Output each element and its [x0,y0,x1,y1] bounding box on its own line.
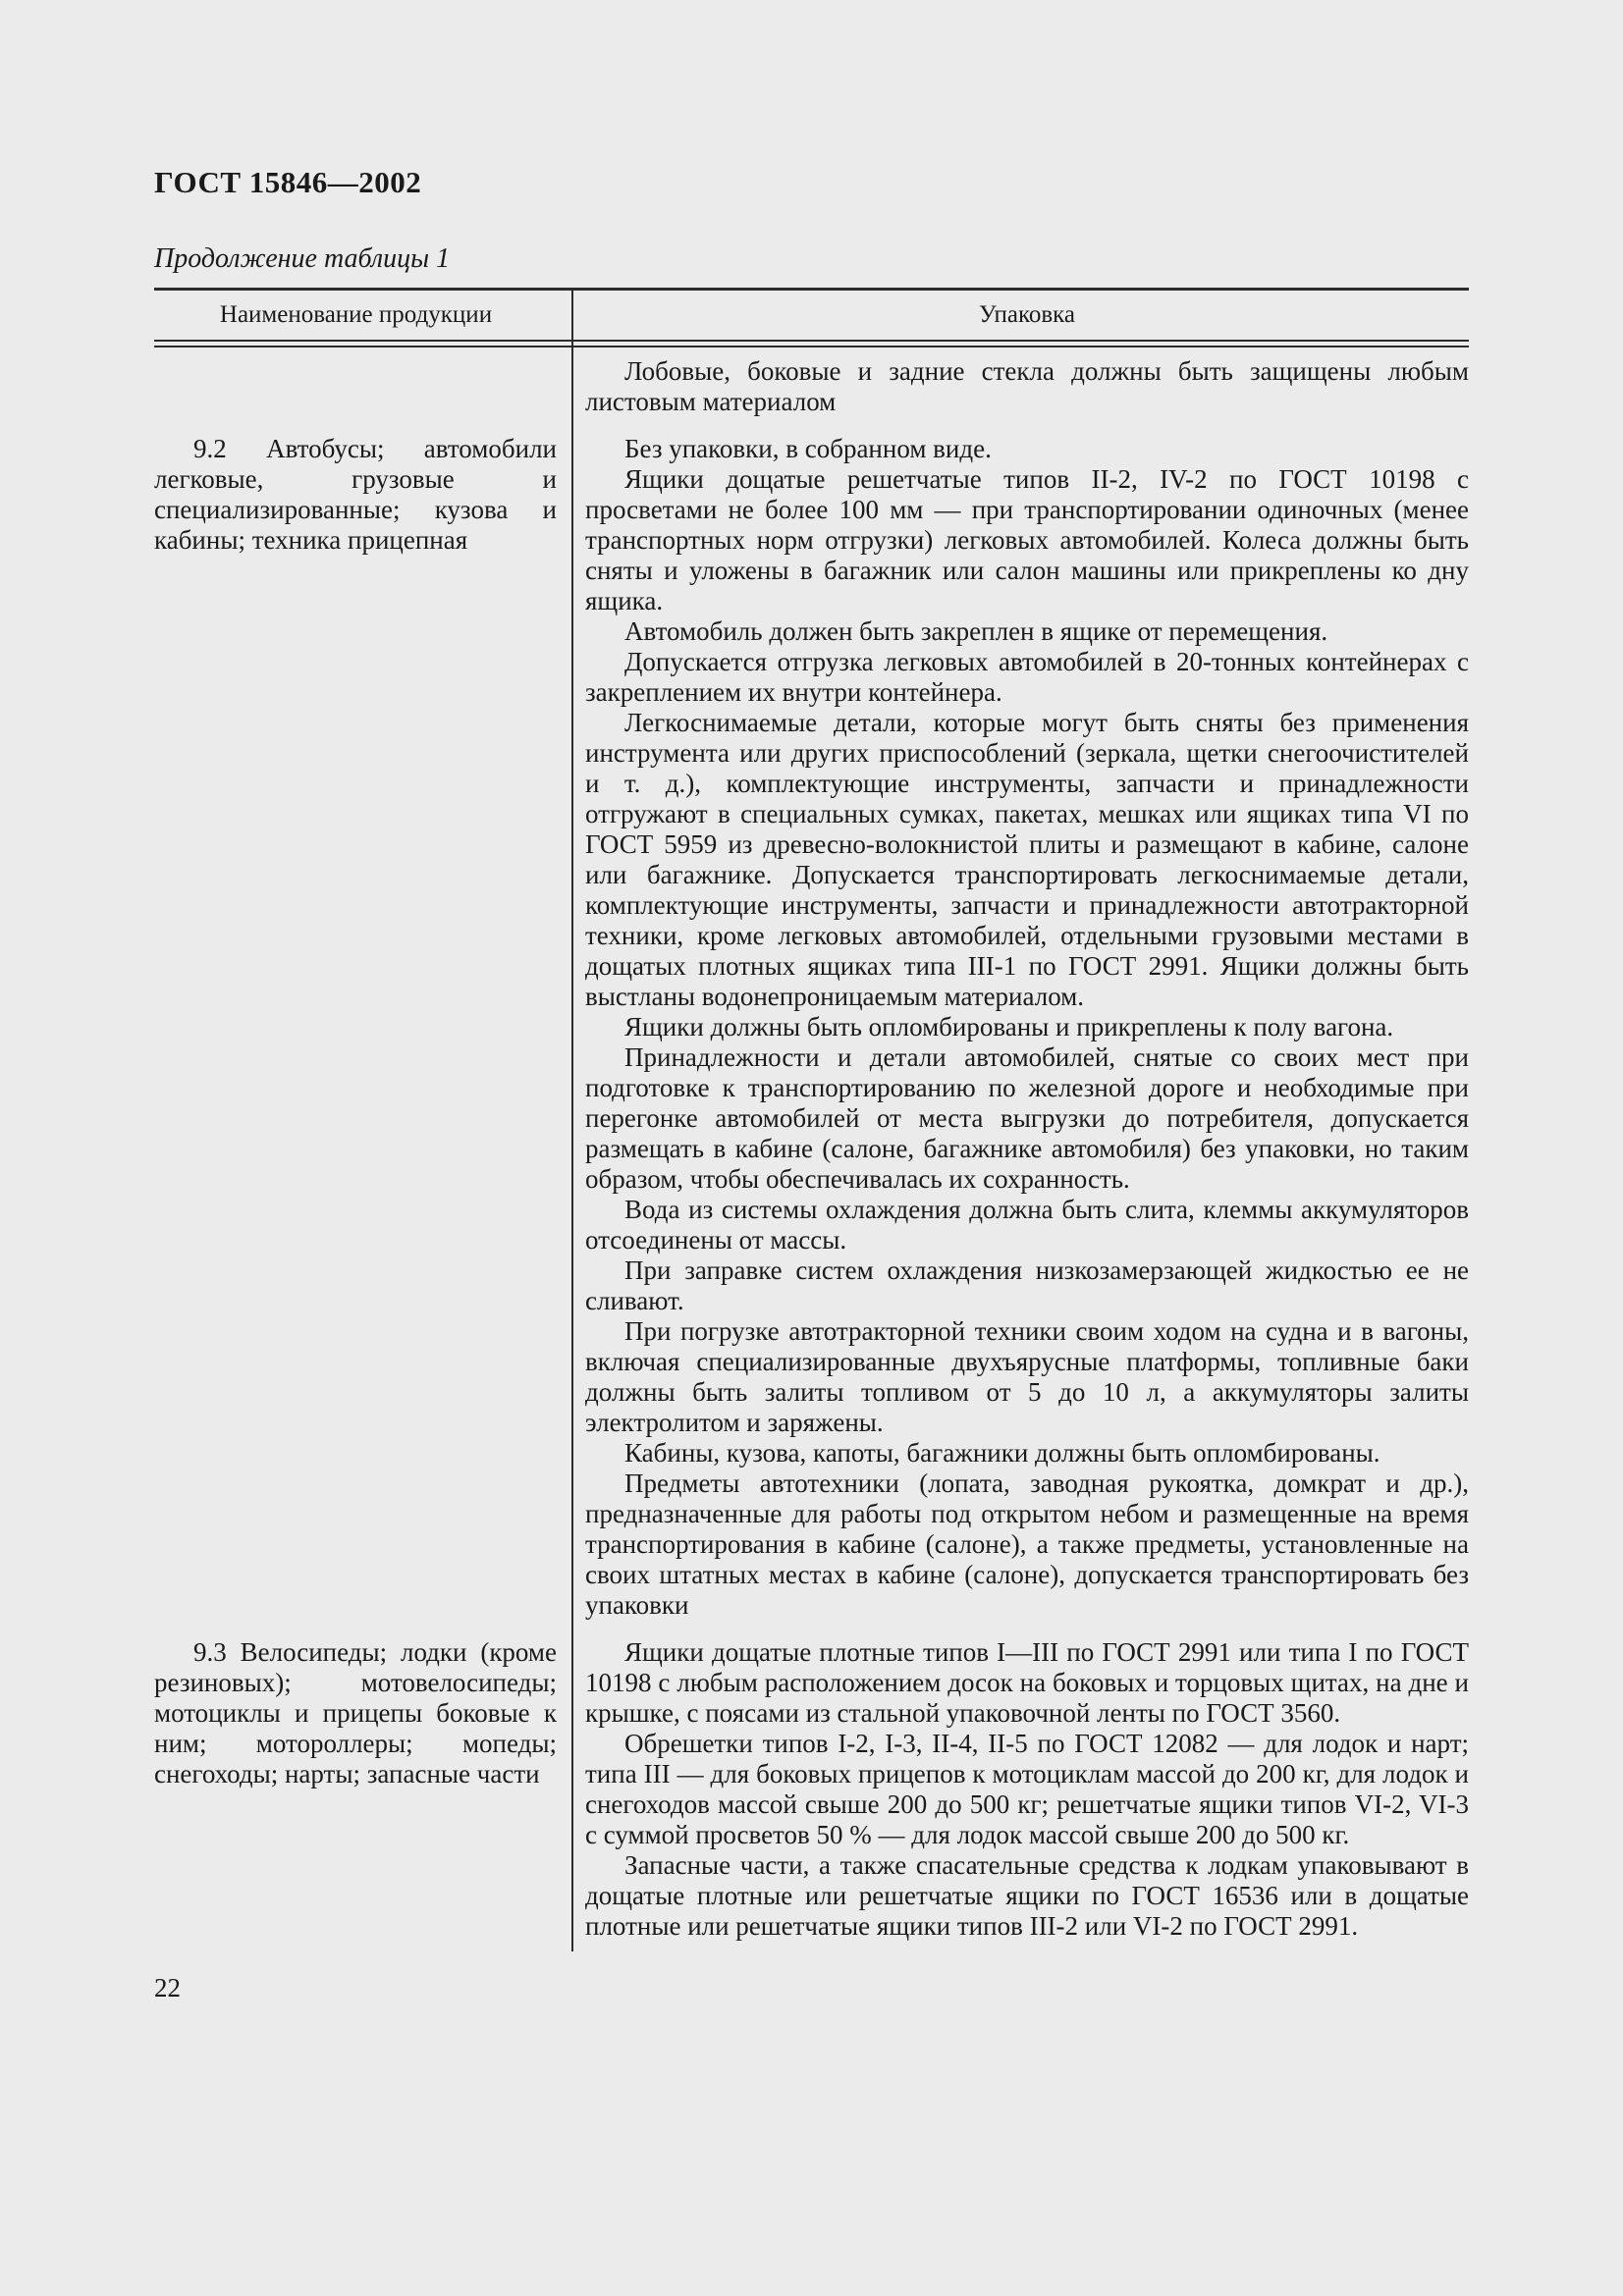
doc-number: ГОСТ 15846—2002 [154,0,1469,200]
packaging-paragraph: Лобовые, боковые и задние стекла должны … [585,356,1469,417]
packaging-paragraph: Обрешетки типов I-2, I-3, II-4, II-5 по … [585,1729,1469,1850]
packaging-paragraph: Принадлежности и детали автомобилей, сня… [585,1042,1469,1195]
table-row-continuation: Лобовые, боковые и задние стекла должны … [154,356,1469,417]
header-product-name: Наименование продукции [154,301,571,329]
table-row-9-3: 9.3 Велосипеды; лодки (кроме резиновых);… [154,1637,1469,1942]
packaging-paragraph: Запасные части, а также спасательные сре… [585,1850,1469,1942]
page-number: 22 [154,1973,1623,2003]
packaging-paragraph: Ящики дощатые решетчатые типов II-2, IV-… [585,464,1469,616]
packaging-cell: Лобовые, боковые и задние стекла должны … [571,356,1469,417]
product-name-cell: 9.3 Велосипеды; лодки (кроме резиновых);… [154,1637,571,1942]
packaging-cell: Ящики дощатые плотные типов I—III по ГОС… [571,1637,1469,1942]
packaging-paragraph: Предметы автотехники (лопата, заводная р… [585,1468,1469,1621]
product-name-cell: 9.2 Автобусы; автомобили легковые, грузо… [154,434,571,1621]
packaging-paragraph: Легкоснимаемые детали, которые могут быт… [585,708,1469,1012]
document-page: ГОСТ 15846—2002 Продолжение таблицы 1 На… [0,0,1623,2296]
column-divider-rule [571,291,573,1951]
packaging-paragraph: Без упаковки, в собранном виде. [585,434,1469,464]
packaging-paragraph: Ящики должны быть опломбированы и прикре… [585,1012,1469,1042]
product-name-cell [154,356,571,417]
packaging-paragraph: Кабины, кузова, капоты, багажники должны… [585,1438,1469,1468]
header-double-rule [154,340,1469,347]
product-name-paragraph: 9.3 Велосипеды; лодки (кроме резиновых);… [154,1637,557,1789]
table-row-9-2: 9.2 Автобусы; автомобили легковые, грузо… [154,434,1469,1621]
table-body: Лобовые, боковые и задние стекла должны … [154,347,1469,1951]
table-header-row: Наименование продукции Упаковка [154,291,1469,340]
packaging-table: Наименование продукции Упаковка Лобовые,… [154,288,1469,1951]
header-packaging: Упаковка [571,301,1469,329]
packaging-cell: Без упаковки, в собранном виде. Ящики до… [571,434,1469,1621]
packaging-paragraph: Автомобиль должен быть закреплен в ящике… [585,616,1469,647]
product-name-paragraph: 9.2 Автобусы; автомобили легковые, грузо… [154,434,557,556]
packaging-paragraph: Ящики дощатые плотные типов I—III по ГОС… [585,1637,1469,1729]
packaging-paragraph: Допускается отгрузка легковых автомобиле… [585,647,1469,708]
packaging-paragraph: Вода из системы охлаждения должна быть с… [585,1195,1469,1255]
packaging-paragraph: При заправке систем охлаждения низкозаме… [585,1255,1469,1316]
packaging-paragraph: При погрузке автотракторной техники свои… [585,1316,1469,1438]
table-caption: Продолжение таблицы 1 [154,243,1469,275]
